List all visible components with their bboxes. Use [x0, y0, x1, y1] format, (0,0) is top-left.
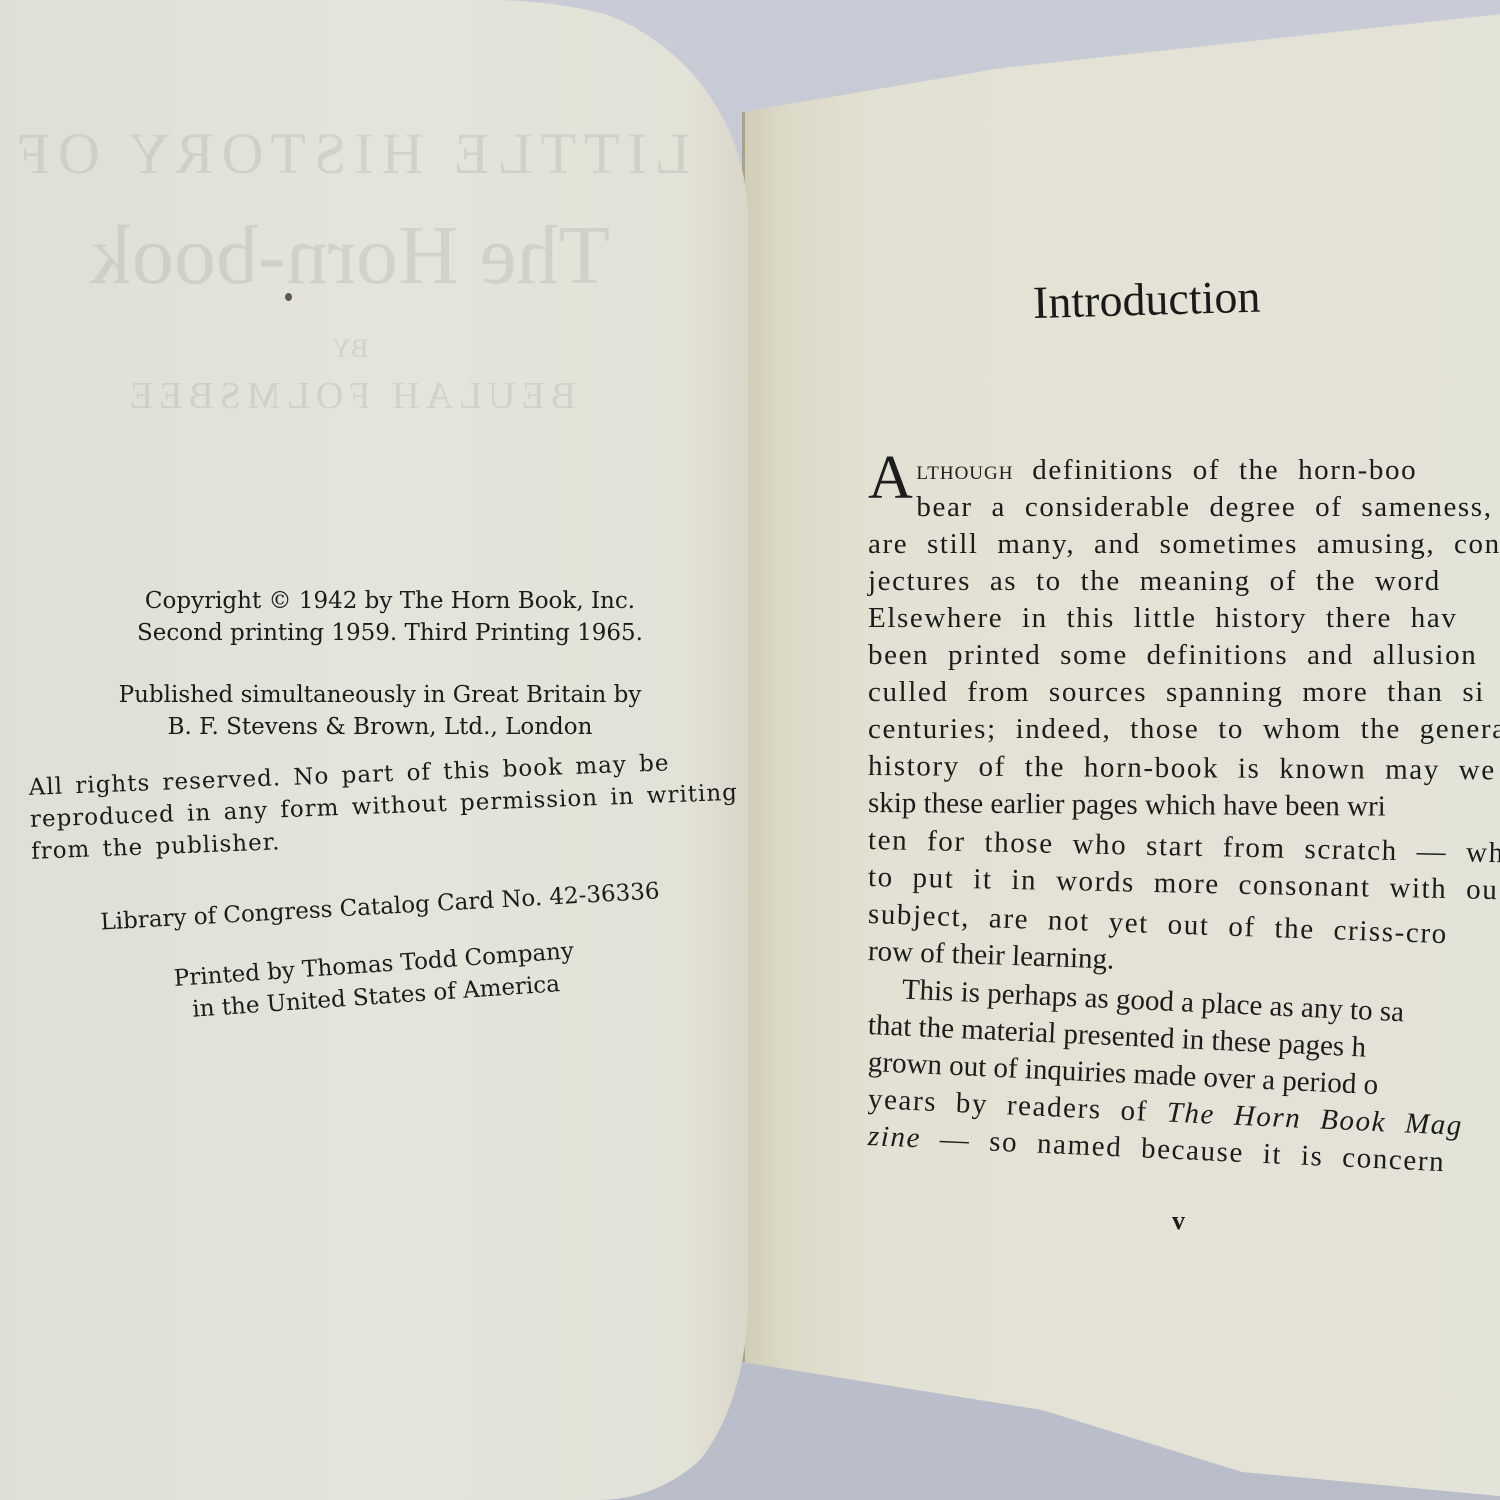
printing-line: Second printing 1959. Third Printing 196… [60, 617, 720, 649]
page-number: v [1172, 1206, 1185, 1236]
text-line: history of the horn-book is known may we [868, 748, 1500, 790]
paper-speck [285, 293, 292, 301]
publication-block: Published simultaneously in Great Britai… [40, 679, 720, 743]
publication-line-2: B. F. Stevens & Brown, Ltd., London [40, 711, 720, 743]
chapter-title: Introduction [1032, 270, 1261, 329]
copyright-page-text: Copyright © 1942 by The Horn Book, Inc. … [0, 585, 720, 1043]
ghost-line-1: LITTLE HISTORY OF [0, 120, 700, 187]
ghost-line-2: The Horn-book [0, 207, 700, 304]
photo-scene: LITTLE HISTORY OF The Horn-book BY BEULA… [0, 0, 1500, 1500]
drop-cap: A [868, 458, 914, 498]
copyright-line: Copyright © 1942 by The Horn Book, Inc. [60, 585, 720, 617]
introduction-body: Although definitions of the horn-boo bea… [868, 452, 1500, 1155]
text-line: centuries; indeed, those to whom the gen… [868, 711, 1500, 748]
magazine-title-cont: zine [867, 1120, 922, 1154]
small-caps-lead: lthough [916, 455, 1013, 485]
text-line: skip these earlier pages which have been… [868, 785, 1500, 827]
copyright-block: Copyright © 1942 by The Horn Book, Inc. … [60, 585, 720, 649]
text-line: culled from sources spanning more than s… [868, 674, 1500, 711]
paragraph-2: This is perhaps as good a place as any t… [868, 970, 1500, 1155]
rights-block: All rights reserved. No part of this boo… [0, 745, 721, 869]
text-line: jectures as to the meaning of the word [868, 563, 1500, 600]
text-line: bear a considerable degree of sameness, … [868, 489, 1500, 526]
paragraph-1: Although definitions of the horn-boo bea… [868, 452, 1500, 970]
ghost-line-4: BEULAH FOLMSBEE [0, 374, 700, 418]
printer-block: Printed by Thomas Todd Company in the Un… [29, 925, 722, 1037]
publication-line-1: Published simultaneously in Great Britai… [40, 679, 720, 711]
ghost-line-3: BY [0, 334, 700, 364]
text-line: been printed some definitions and allusi… [868, 637, 1500, 674]
text-line: definitions of the horn-boo [1013, 454, 1417, 486]
show-through-text: LITTLE HISTORY OF The Horn-book BY BEULA… [0, 100, 700, 418]
text-line: are still many, and sometimes amusing, c… [868, 526, 1500, 563]
text-line: Elsewhere in this little history there h… [868, 600, 1500, 637]
